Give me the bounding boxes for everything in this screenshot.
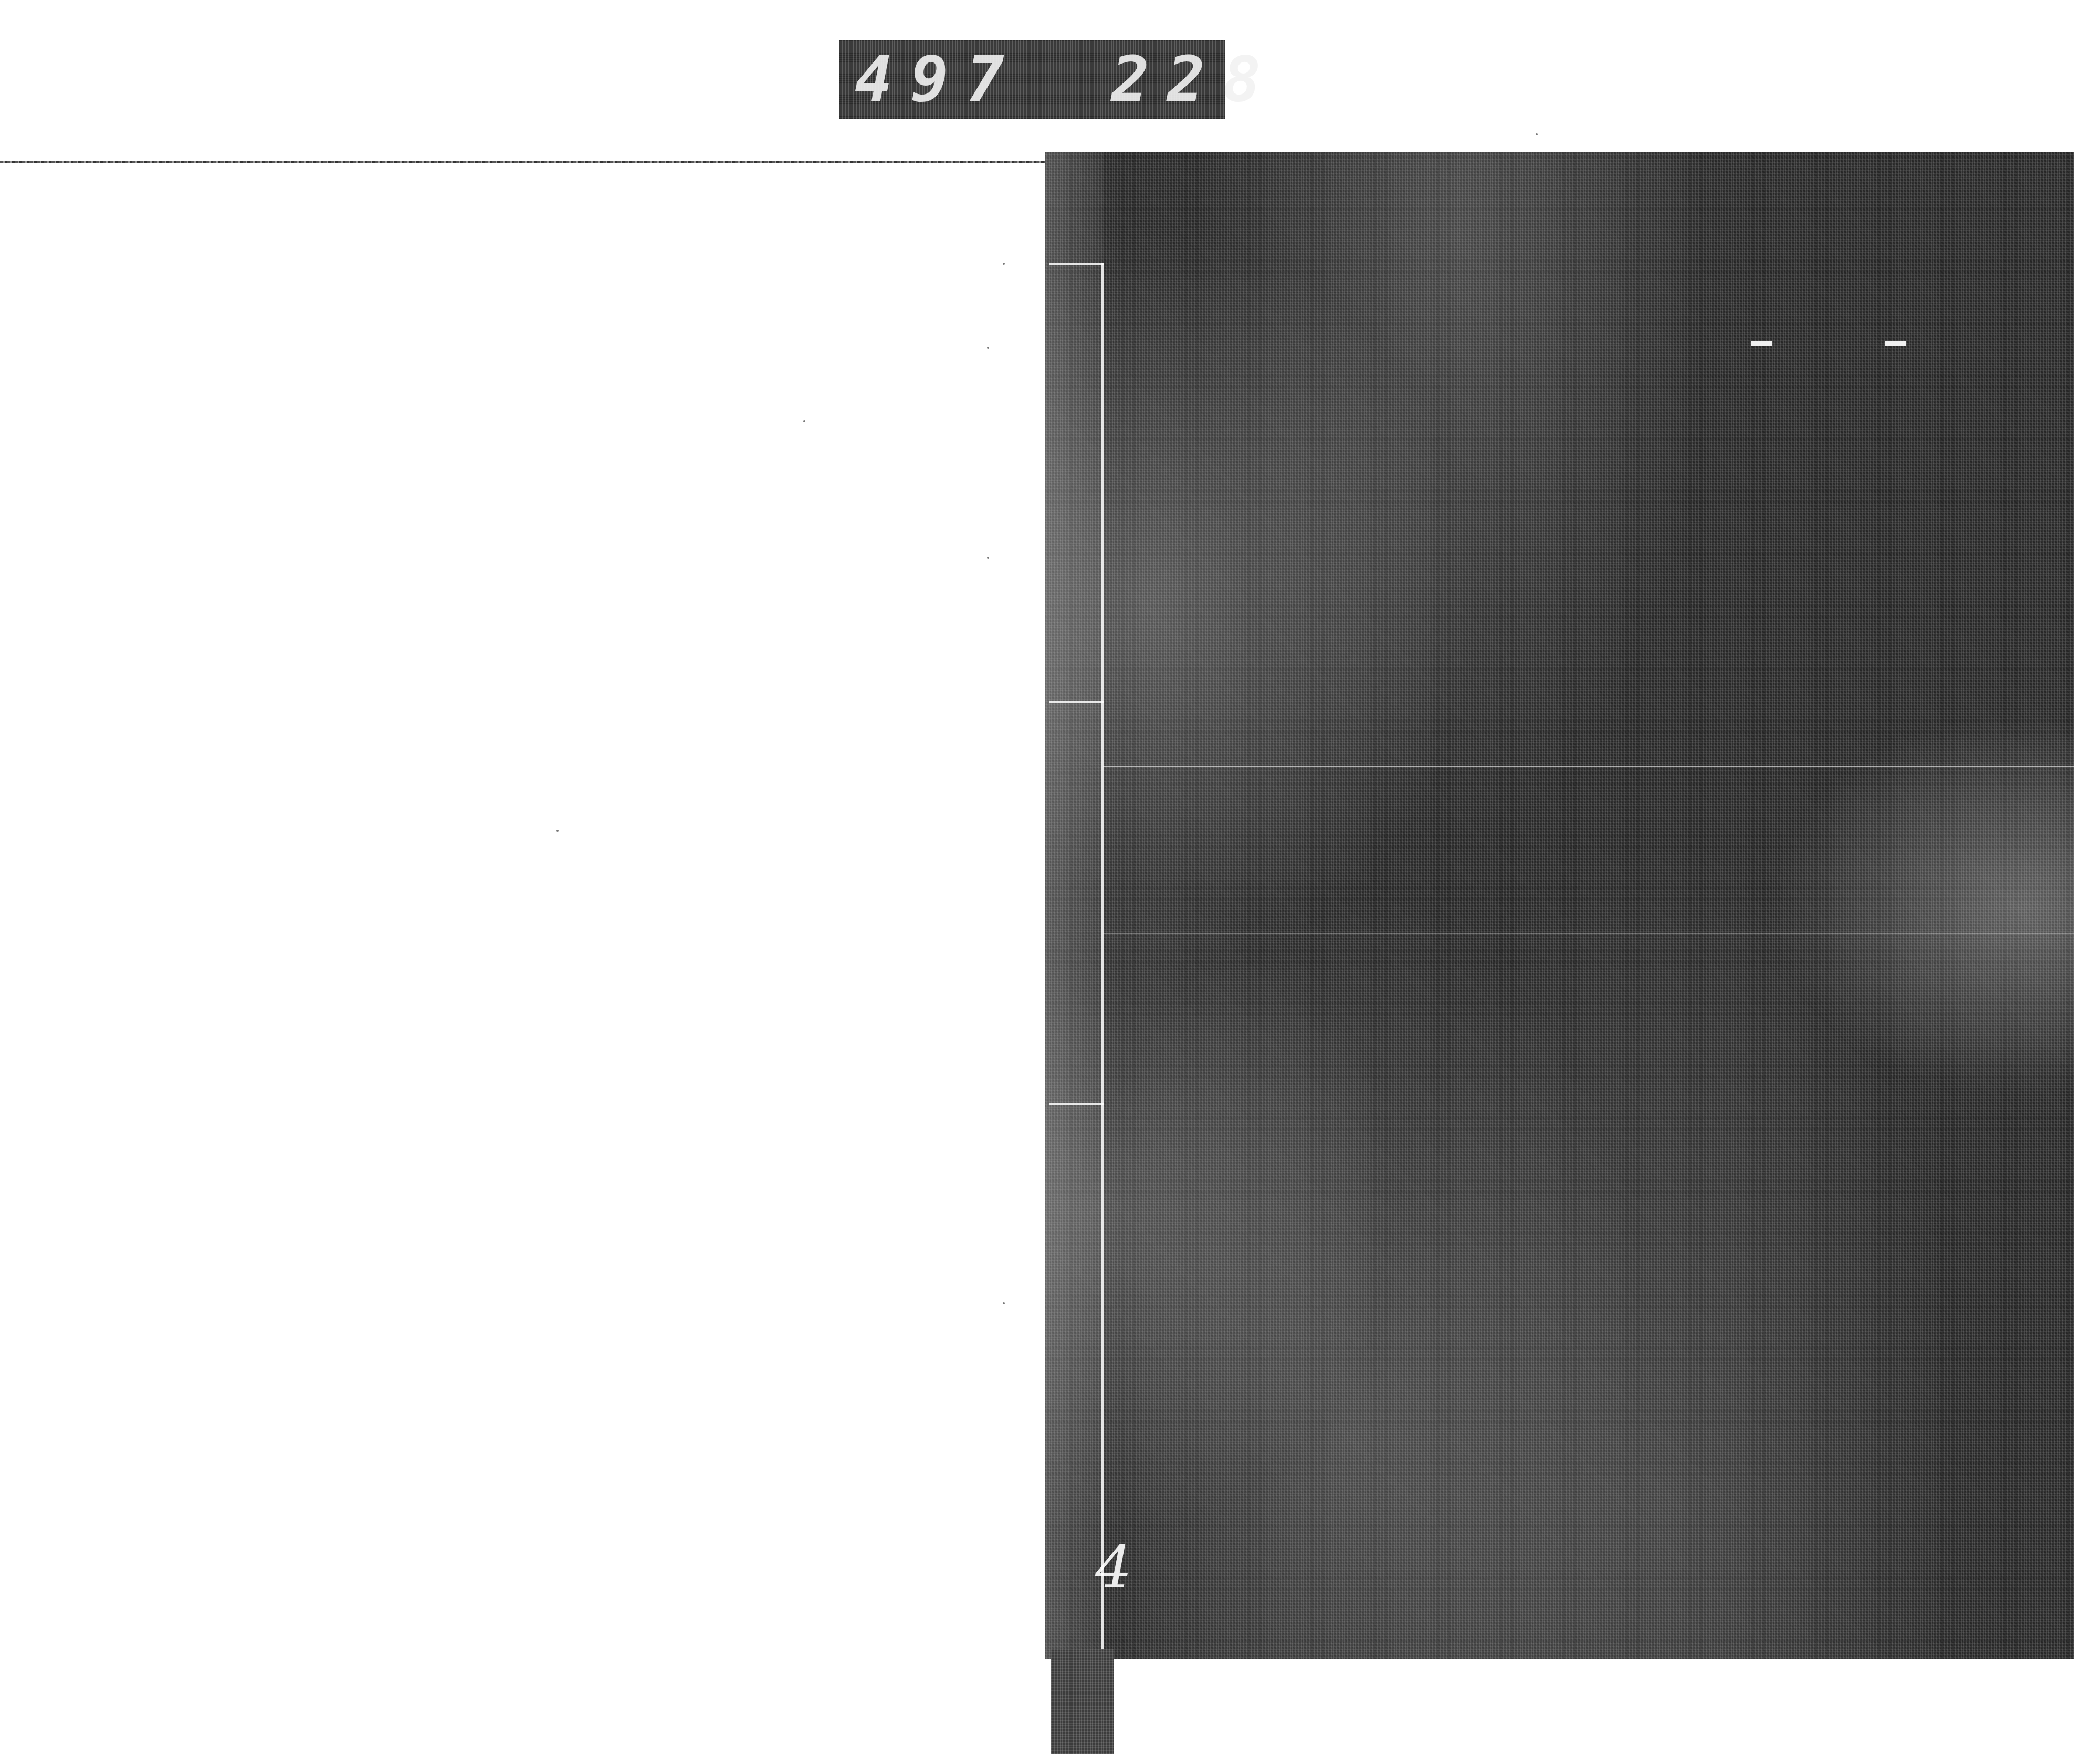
spine-bracket-bottom xyxy=(1049,1103,1104,1105)
scan-speck xyxy=(987,347,989,349)
frame-number-group-a: 497 xyxy=(855,43,1022,116)
scan-speck xyxy=(1536,133,1538,135)
spine-bracket-middle xyxy=(1049,701,1104,703)
cover-bottom-tab xyxy=(1051,1649,1114,1754)
frame-number-label: 497 228 xyxy=(839,40,1225,119)
spine-bracket-top xyxy=(1049,263,1104,265)
scan-line-upper xyxy=(1102,766,2074,767)
white-mark-right xyxy=(1885,341,1906,346)
spine-edge-line xyxy=(1101,263,1104,1659)
top-rule-line xyxy=(0,161,1050,163)
scan-speck xyxy=(556,830,559,832)
cover-spine xyxy=(1045,152,1102,1659)
scan-speck xyxy=(803,420,805,422)
scan-speck xyxy=(1003,1302,1005,1304)
frame-number-group-b: 228 xyxy=(1111,43,1279,116)
white-mark-left xyxy=(1751,341,1772,346)
scanned-book-cover: 4 xyxy=(1045,152,2074,1659)
scan-speck xyxy=(987,557,989,559)
handwritten-number: 4 xyxy=(1095,1539,1132,1596)
scan-speck xyxy=(1003,263,1005,265)
scan-line-lower xyxy=(1102,933,2074,934)
